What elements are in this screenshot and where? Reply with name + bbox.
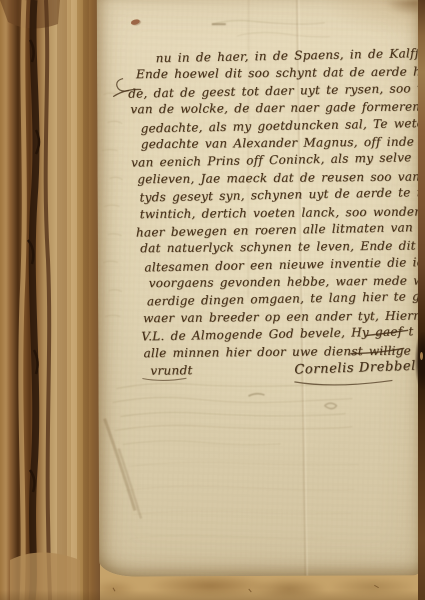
manuscript-scan: nu in de haer, in de Spaens, in de Kalff… [0, 0, 425, 600]
closing-word: vrundt [130, 363, 192, 378]
signature: Cornelis Drebbel [295, 359, 417, 378]
manuscript-page: nu in de haer, in de Spaens, in de Kalff… [97, 0, 422, 577]
fore-edge-shadow [418, 0, 425, 600]
ink-speck [374, 585, 379, 588]
fore-edge-glint [420, 352, 423, 360]
under-leaf-stain [150, 574, 270, 598]
under-leaf-stain [252, 578, 326, 600]
handwriting-block: nu in de haer, in de Spaens, in de Kalff… [128, 46, 422, 366]
binding-gutter [0, 0, 100, 600]
under-leaf-stain [330, 577, 416, 597]
ink-speck [113, 588, 116, 592]
letter-closing: vrundt Cornelis Drebbel [130, 360, 416, 384]
top-right-corner-shade [386, 0, 420, 15]
ink-speck [248, 589, 251, 593]
fore-edge-dark-blob [415, 332, 425, 390]
torn-page-edges-graphic [0, 0, 100, 600]
